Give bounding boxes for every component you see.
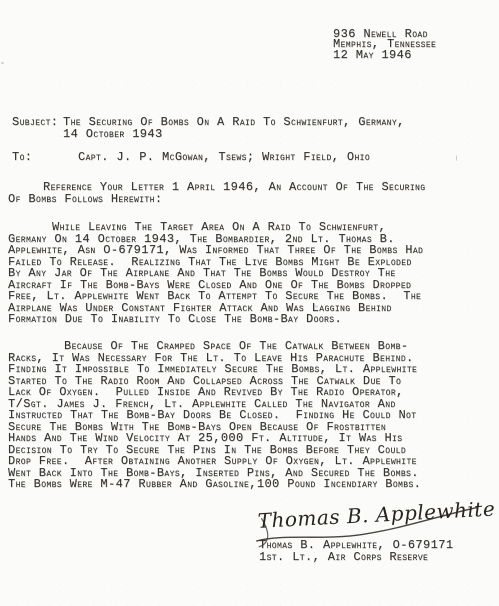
scan-artifact-speck	[456, 155, 457, 161]
text-line: The Bombs Were M-47 Rubber And Gasoline,…	[8, 479, 421, 491]
text-line: 12 May 1946	[333, 50, 436, 60]
to-recipient: Capt. J. P. McGowan, Tsews; Wright Field…	[78, 152, 370, 164]
typed-signature-title: 1st. Lt., Air Corps Reserve	[259, 552, 428, 564]
subject-label: Subject:	[12, 117, 58, 129]
text-line: Formation Due To Inability To Close The …	[8, 314, 423, 326]
body-paragraph-1: While Leaving The Target Area On A Raid …	[8, 222, 423, 326]
letter-page: 936 Newell RoadMemphis, Tennessee12 May …	[0, 0, 499, 606]
text-line: Of Bombs Follows Herewith:	[8, 193, 425, 205]
body-paragraph-2: Because Of The Cramped Space Of The Catw…	[8, 341, 421, 491]
scan-artifact-speck	[315, 305, 318, 308]
subject-text: The Securing Of Bombs On A Raid To Schwi…	[63, 117, 405, 140]
return-address-block: 936 Newell RoadMemphis, Tennessee12 May …	[333, 29, 436, 60]
text-line: 14 October 1943	[63, 129, 405, 141]
to-label: To:	[12, 152, 32, 164]
scan-artifact-speck	[1, 62, 4, 64]
opening-paragraph: Reference Your Letter 1 April 1946, An A…	[8, 181, 425, 205]
